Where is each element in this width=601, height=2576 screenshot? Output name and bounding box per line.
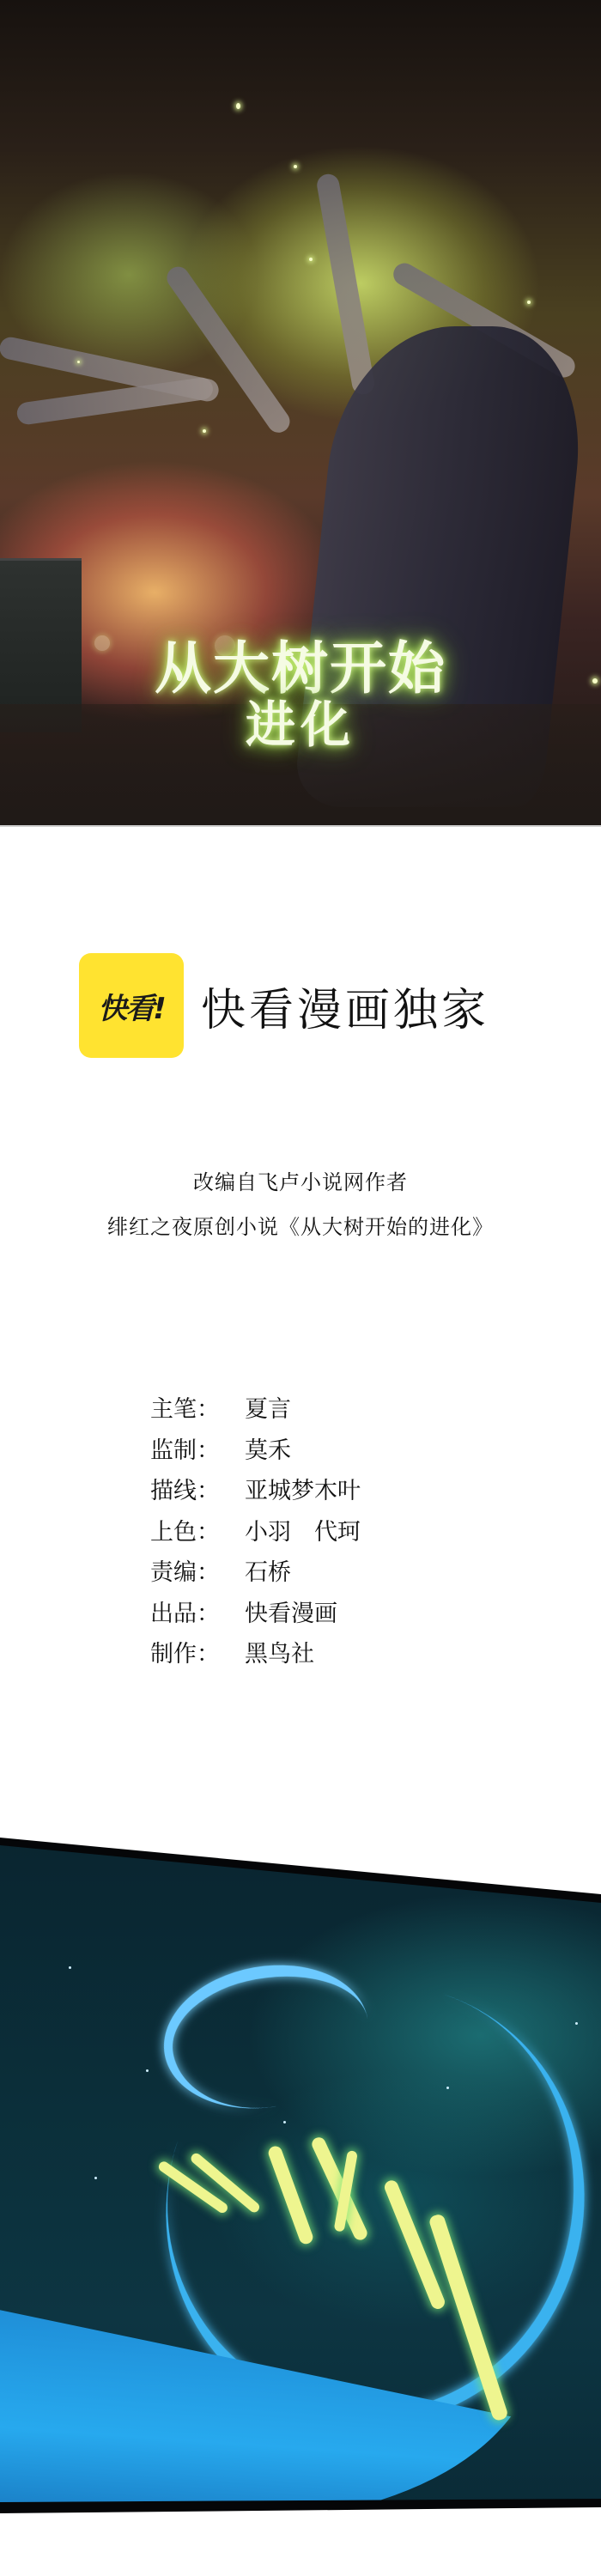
kuaikan-logo-text: 快看! [98,985,165,1027]
firefly [236,103,240,109]
firefly [309,258,313,261]
credit-row: 监制：莫禾 [150,1431,361,1472]
credit-name: 莫禾 [245,1431,291,1472]
credit-role: 责编： [150,1552,245,1594]
firefly [294,165,297,168]
credit-row: 主笔：夏言 [150,1389,361,1431]
credit-name: 石桥 [245,1552,291,1594]
firefly [592,678,598,683]
tree-branch [315,173,376,397]
credit-row: 责编：石桥 [150,1552,361,1594]
firefly [203,429,206,433]
star [94,2177,97,2179]
credit-row: 制作：黑鸟社 [150,1634,361,1675]
tree-branch [15,376,214,426]
credit-row: 上色：小羽 代珂 [150,1512,361,1553]
credit-name: 夏言 [245,1389,291,1431]
credit-name: 黑鸟社 [245,1634,314,1675]
source-line-2: 绯红之夜原创小说《从大树开始的进化》 [0,1210,601,1240]
sound-effect-lettering: 咻 [155,2164,446,2507]
exclusive-label: 快看漫画独家 [201,974,489,1038]
star [69,1966,71,1969]
credit-name: 小羽 代珂 [245,1512,361,1553]
credit-role: 监制： [150,1431,245,1472]
credit-role: 出品： [150,1594,245,1635]
source-line-1: 改编自飞卢小说网作者 [0,1165,601,1195]
divider [0,825,601,827]
credit-row: 描线：亚城梦木叶 [150,1471,361,1512]
sfx-stroke [157,2160,230,2215]
credit-row: 出品：快看漫画 [150,1594,361,1635]
brand-banner: 快看! 快看漫画独家 [79,953,489,1058]
credit-role: 制作： [150,1634,245,1675]
firefly [77,361,80,363]
title-line-1: 从大树开始 [82,640,519,696]
credit-name: 亚城梦木叶 [245,1471,361,1512]
comic-title-logo: 从大树开始 进化 [82,640,519,754]
tree-branch [162,263,294,437]
credit-name: 快看漫画 [245,1594,337,1635]
firefly [527,301,531,304]
credit-role: 主笔： [150,1389,245,1431]
star [575,2022,578,2025]
title-line-2: 进化 [82,696,519,754]
credits-list: 主笔：夏言 监制：莫禾 描线：亚城梦木叶 上色：小羽 代珂 责编：石桥 出品：快… [150,1389,361,1675]
credit-role: 上色： [150,1512,245,1553]
star [146,2069,149,2072]
credit-role: 描线： [150,1471,245,1512]
kuaikan-logo-badge: 快看! [79,953,184,1058]
cover-illustration: 从大树开始 进化 [0,0,601,827]
